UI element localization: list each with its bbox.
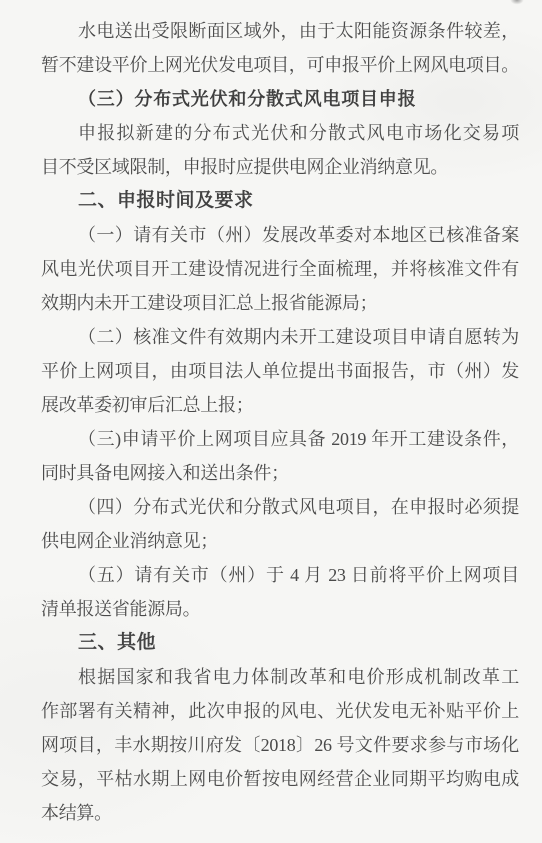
document-line: 暂不建设平价上网光伏发电项目，可申报平价上网风电项目。	[41, 48, 519, 82]
document-line: （三)申请平价上网项目应具备 2019 年开工建设条件，	[41, 422, 519, 456]
document-line: 展改革委初审后汇总上报；	[41, 388, 519, 422]
document-line: 根据国家和我省电力体制改革和电价形成机制改革工	[41, 660, 519, 694]
document-line: 作部署有关精神，此次申报的风电、光伏发电无补贴平价上	[41, 694, 519, 728]
scan-artifact-smudge	[508, 0, 526, 9]
document-line: 交易，平枯水期上网电价暂按电网经营企业同期平均购电成	[41, 762, 519, 796]
section-heading: 二、申报时间及要求	[41, 184, 519, 218]
document-page: 水电送出受限断面区域外，由于太阳能资源条件较差， 暂不建设平价上网光伏发电项目，…	[0, 0, 542, 843]
document-line: 网项目，丰水期按川府发〔2018〕26 号文件要求参与市场化	[41, 728, 519, 762]
document-line: （一）请有关市（州）发展改革委对本地区已核准备案	[41, 218, 519, 252]
section-heading: 三、其他	[41, 626, 519, 660]
document-line: 水电送出受限断面区域外，由于太阳能资源条件较差，	[41, 14, 519, 48]
document-line: 申报拟新建的分布式光伏和分散式风电市场化交易项	[41, 116, 519, 150]
document-line: 目不受区域限制，申报时应提供电网企业消纳意见。	[41, 150, 519, 184]
document-line: 本结算。	[41, 796, 519, 830]
document-line: （二）核准文件有效期内未开工建设项目申请自愿转为	[41, 320, 519, 354]
document-line: 供电网企业消纳意见；	[41, 524, 519, 558]
document-line: 清单报送省能源局。	[41, 592, 519, 626]
document-line: （五）请有关市（州）于 4 月 23 日前将平价上网项目	[41, 558, 519, 592]
document-line: 平价上网项目，由项目法人单位提出书面报告，市（州）发	[41, 354, 519, 388]
document-line: 风电光伏项目开工建设情况进行全面梳理，并将核准文件有	[41, 252, 519, 286]
document-line: （四）分布式光伏和分散式风电项目，在申报时必须提	[41, 490, 519, 524]
section-heading: （三）分布式光伏和分散式风电项目申报	[41, 82, 519, 116]
document-line: 效期内未开工建设项目汇总上报省能源局；	[41, 286, 519, 320]
document-line: 同时具备电网接入和送出条件；	[41, 456, 519, 490]
